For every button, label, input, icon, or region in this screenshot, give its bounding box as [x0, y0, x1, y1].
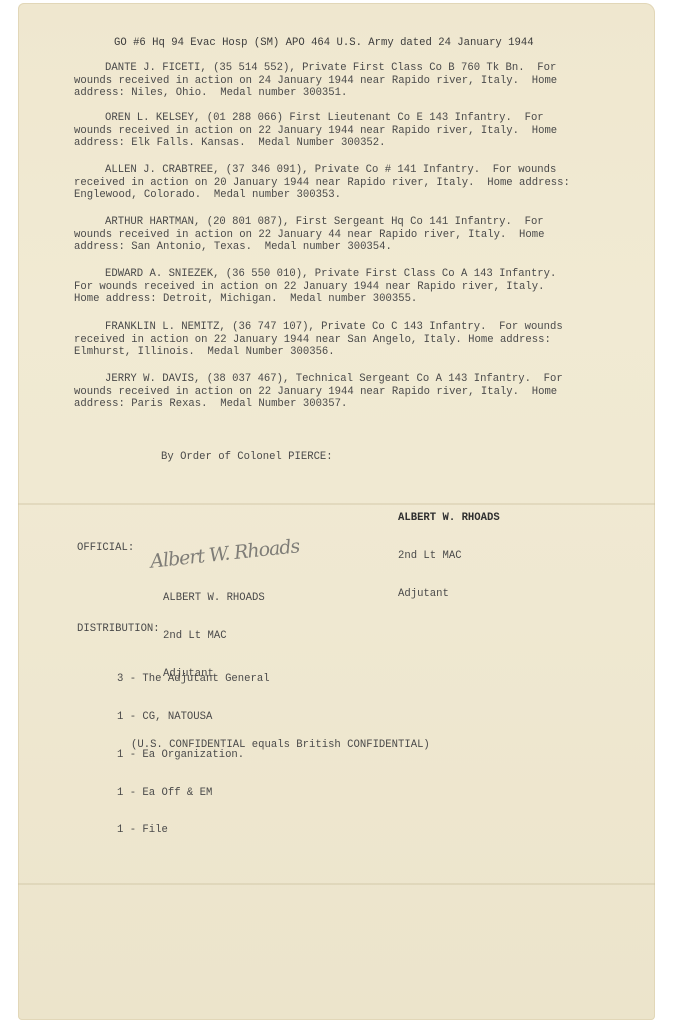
distribution-item: 3 - The Adjutant General [117, 673, 270, 686]
citation-line: JERRY W. DAVIS, (38 037 467), Technical … [74, 373, 588, 386]
distribution-item: 1 - File [117, 824, 270, 837]
citation-line: wounds received in action on 22 January … [74, 229, 588, 242]
order-authority-line: By Order of Colonel PIERCE: [161, 451, 333, 464]
citation-line: Home address: Detroit, Michigan. Medal n… [74, 293, 588, 306]
citation-line: FRANKLIN L. NEMITZ, (36 747 107), Privat… [74, 321, 588, 334]
citation-line: ALLEN J. CRABTREE, (37 346 091), Private… [74, 164, 588, 177]
citation-line: address: Niles, Ohio. Medal number 30035… [74, 87, 588, 100]
signer-title: Adjutant [398, 588, 500, 601]
citation-line: received in action on 22 January 1944 ne… [74, 334, 588, 347]
citation-line: Elmhurst, Illinois. Medal Number 300356. [74, 346, 588, 359]
handwritten-signature: Albert W. Rhoads [150, 540, 300, 568]
citation-line: address: San Antonio, Texas. Medal numbe… [74, 241, 588, 254]
official-label: OFFICIAL: [77, 542, 134, 555]
citation-paragraph: ARTHUR HARTMAN, (20 801 087), First Serg… [74, 216, 588, 254]
citation-line: Englewood, Colorado. Medal number 300353… [74, 189, 588, 202]
classification-note: (U.S. CONFIDENTIAL equals British CONFID… [131, 739, 430, 752]
citation-line: DANTE J. FICETI, (35 514 552), Private F… [74, 62, 588, 75]
citation-paragraph: JERRY W. DAVIS, (38 037 467), Technical … [74, 373, 588, 411]
citation-line: EDWARD A. SNIEZEK, (36 550 010), Private… [74, 268, 588, 281]
citation-line: ARTHUR HARTMAN, (20 801 087), First Serg… [74, 216, 588, 229]
signer-rank: 2nd Lt MAC [398, 550, 500, 563]
citation-paragraph: DANTE J. FICETI, (35 514 552), Private F… [74, 62, 588, 100]
official-name: ALBERT W. RHOADS [163, 592, 265, 605]
citation-line: OREN L. KELSEY, (01 288 066) First Lieut… [74, 112, 588, 125]
citation-paragraph: OREN L. KELSEY, (01 288 066) First Lieut… [74, 112, 588, 150]
distribution-list: 3 - The Adjutant General 1 - CG, NATOUSA… [117, 648, 270, 862]
signature-block: ALBERT W. RHOADS 2nd Lt MAC Adjutant [398, 487, 500, 626]
official-rank: 2nd Lt MAC [163, 630, 265, 643]
document-header: GO #6 Hq 94 Evac Hosp (SM) APO 464 U.S. … [114, 37, 534, 50]
citation-line: wounds received in action on 24 January … [74, 75, 588, 88]
citation-line: wounds received in action on 22 January … [74, 386, 588, 399]
distribution-item: 1 - CG, NATOUSA [117, 711, 270, 724]
citation-paragraph: ALLEN J. CRABTREE, (37 346 091), Private… [74, 164, 588, 202]
general-order-document: GO #6 Hq 94 Evac Hosp (SM) APO 464 U.S. … [0, 0, 673, 1024]
signer-name: ALBERT W. RHOADS [398, 512, 500, 525]
citation-paragraph: EDWARD A. SNIEZEK, (36 550 010), Private… [74, 268, 588, 306]
citation-line: address: Paris Rexas. Medal Number 30035… [74, 398, 588, 411]
citation-line: For wounds received in action on 22 Janu… [74, 281, 588, 294]
citation-line: received in action on 20 January 1944 ne… [74, 177, 588, 190]
citation-line: address: Elk Falls. Kansas. Medal Number… [74, 137, 588, 150]
citation-paragraph: FRANKLIN L. NEMITZ, (36 747 107), Privat… [74, 321, 588, 359]
distribution-label: DISTRIBUTION: [77, 623, 160, 636]
citation-line: wounds received in action on 22 January … [74, 125, 588, 138]
distribution-item: 1 - Ea Off & EM [117, 787, 270, 800]
